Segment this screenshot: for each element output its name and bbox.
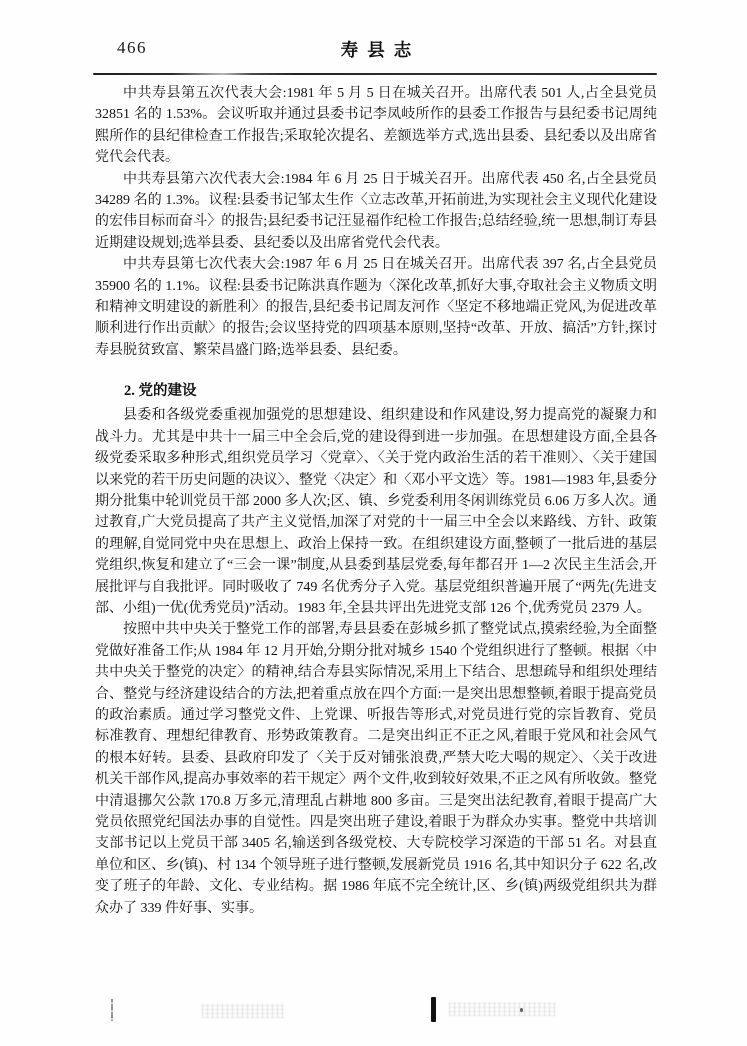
scan-artifact-left-line [111,999,113,1021]
paragraph-seventh-congress: 中共寿县第七次代表大会:1987 年 6 月 25 日在城关召开。出席代表 39… [95,254,657,361]
scan-artifact-ink-bar [431,997,436,1022]
header-rule [93,73,657,75]
document-page: 466 寿县志 中共寿县第五次代表大会:1981 年 5 月 5 日在城关召开。… [0,0,747,1046]
paragraph-party-rectification: 按照中共中央关于整党工作的部署,寿县县委在彭城乡抓了整党试点,摸索经验,为全面整… [95,619,657,919]
paragraph-party-building: 县委和各级党委重视加强党的思想建设、组织建设和作风建设,努力提高党的凝聚力和战斗… [95,405,657,619]
paragraph-fifth-congress: 中共寿县第五次代表大会:1981 年 5 月 5 日在城关召开。出席代表 501… [95,83,657,169]
scan-artifact-smudge-right [449,1002,555,1016]
paragraph-sixth-congress: 中共寿县第六次代表大会:1984 年 6 月 25 日于城关召开。出席代表 45… [95,169,657,255]
scan-artifact-smudge-left [202,1004,284,1018]
book-title: 寿县志 [95,37,657,62]
scan-artifact-ink-dot [520,1008,523,1012]
section-heading-party-building: 2. 党的建设 [95,380,657,402]
page-body: 中共寿县第五次代表大会:1981 年 5 月 5 日在城关召开。出席代表 501… [95,83,657,919]
